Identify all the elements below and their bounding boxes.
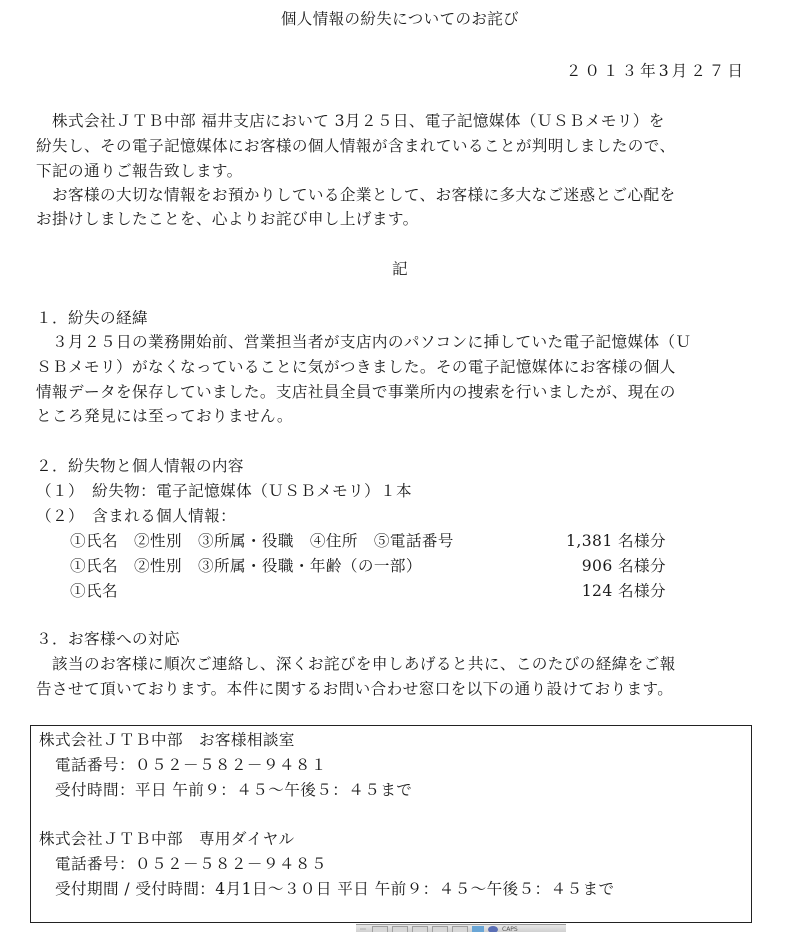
info-row-2-count: 906 名様分 [546, 555, 666, 577]
ime-language-bar[interactable]: ⋯ CAPS [356, 924, 566, 932]
intro-line-2: 紛失し、その電子記憶媒体にお客様の個人情報が含まれていることが判明しましたので、 [36, 135, 675, 157]
section2-heading: ２．紛失物と個人情報の内容 [36, 455, 244, 477]
contact-2-hours: 受付期間 / 受付時間：4月1日～３０日 平日 午前９：４５～午後５：４５まで [39, 878, 615, 900]
ime-button-2[interactable] [412, 926, 428, 932]
ki-heading: 記 [0, 258, 800, 280]
intro-line-5: お掛けしましたことを、心よりお詫び申し上げます。 [36, 208, 419, 230]
section1-line-4: ところ発見には至っておりません。 [36, 405, 293, 427]
section1-line-1: ３月２５日の業務開始前、営業担当者が支店内のパソコンに挿していた電子記憶媒体（Ｕ [36, 331, 691, 353]
info-row-3-count: 124 名様分 [546, 580, 666, 602]
ime-button-3[interactable] [432, 926, 448, 932]
ime-pad-icon[interactable] [472, 926, 484, 932]
section1-line-2: ＳＢメモリ）がなくなっていることに気がつきました。その電子記憶媒体にお客様の個人 [36, 356, 676, 378]
document-title: 個人情報の紛失についてのお詫び [0, 8, 800, 30]
section2-item-2: （２） 含まれる個人情報： [36, 505, 236, 527]
section1-line-3: 情報データを保存していました。支店社員全員で事業所内の捜索を行いましたが、現在の [36, 381, 676, 403]
contact-box: 株式会社ＪＴＢ中部 お客様相談室 電話番号：０５２－５８２－９４８１ 受付時間：… [30, 725, 752, 923]
intro-line-1: 株式会社ＪＴＢ中部 福井支店において 3月２５日、電子記憶媒体（ＵＳＢメモリ）を [36, 110, 665, 132]
contact-1-name: 株式会社ＪＴＢ中部 お客様相談室 [39, 729, 295, 751]
contact-1-phone: 電話番号：０５２－５８２－９４８１ [39, 754, 327, 776]
ime-button-4[interactable] [452, 926, 468, 932]
info-row-3-fields: ①氏名 [70, 580, 118, 602]
contact-1-hours: 受付時間：平日 午前９：４５～午後５：４５まで [39, 779, 412, 801]
drag-handle-icon[interactable]: ⋯ [360, 927, 368, 932]
section3-line-1: 該当のお客様に順次ご連絡し、深くお詫びを申しあげると共に、このたびの経緯をご報 [36, 653, 676, 675]
document-date: ２０１３年3月２７日 [566, 60, 746, 82]
input-mode-button[interactable] [372, 926, 388, 932]
section3-line-2: 告させて頂いております。本件に関するお問い合わせ窓口を以下の通り設けております。 [36, 678, 673, 700]
section1-heading: １．紛失の経緯 [36, 307, 148, 329]
section3-heading: ３．お客様への対応 [36, 628, 180, 650]
info-row-1-fields: ①氏名 ②性別 ③所属・役職 ④住所 ⑤電話番号 [70, 530, 454, 552]
section2-item-1: （１） 紛失物：電子記憶媒体（ＵＳＢメモリ）１本 [36, 480, 412, 502]
ime-button-1[interactable] [392, 926, 408, 932]
contact-2-name: 株式会社ＪＴＢ中部 専用ダイヤル [39, 828, 294, 850]
caps-indicator: CAPS [502, 926, 518, 932]
intro-line-4: お客様の大切な情報をお預かりしている企業として、お客様に多大なご迷惑とご心配を [36, 184, 675, 206]
contact-2-phone: 電話番号：０５２－５８２－９４８５ [39, 853, 327, 875]
intro-line-3: 下記の通りご報告致します。 [36, 160, 243, 182]
info-row-2-fields: ①氏名 ②性別 ③所属・役職・年齢（の一部） [70, 555, 422, 577]
help-icon[interactable] [488, 926, 498, 932]
info-row-1-count: 1,381 名様分 [546, 530, 666, 552]
